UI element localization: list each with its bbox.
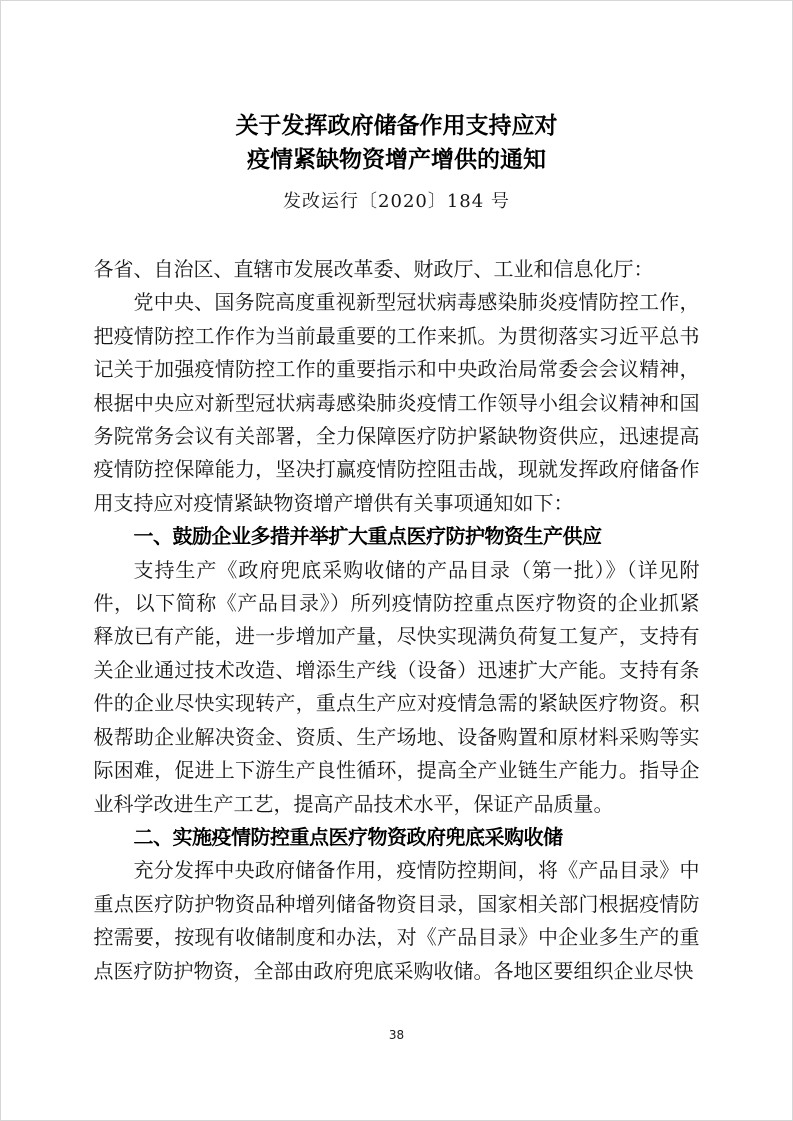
document-title-line-1: 关于发挥政府储备作用支持应对 bbox=[1, 109, 792, 143]
page-number: 38 bbox=[1, 1027, 792, 1043]
section-heading-2: 二、实施疫情防控重点医疗物资政府兜底采购收储 bbox=[94, 821, 700, 854]
document-page: 关于发挥政府储备作用支持应对 疫情紧缺物资增产增供的通知 发改运行〔2020〕1… bbox=[0, 0, 793, 1121]
paragraph-intro: 党中央、国务院高度重视新型冠状病毒感染肺炎疫情防控工作，把疫情防控工作作为当前最… bbox=[94, 286, 700, 520]
paragraph-section-2: 充分发挥中央政府储备作用，疫情防控期间，将《产品目录》中重点医疗防护物资品种增列… bbox=[94, 854, 700, 988]
document-title-block: 关于发挥政府储备作用支持应对 疫情紧缺物资增产增供的通知 发改运行〔2020〕1… bbox=[1, 1, 792, 216]
paragraph-section-1: 支持生产《政府兜底采购收储的产品目录（第一批）》（详见附件，以下简称《产品目录》… bbox=[94, 554, 700, 821]
document-title-line-2: 疫情紧缺物资增产增供的通知 bbox=[1, 143, 792, 177]
section-heading-1: 一、鼓励企业多措并举扩大重点医疗防护物资生产供应 bbox=[94, 520, 700, 553]
salutation: 各省、自治区、直辖市发展改革委、财政厅、工业和信息化厅： bbox=[94, 253, 700, 286]
document-body: 各省、自治区、直辖市发展改革委、财政厅、工业和信息化厅： 党中央、国务院高度重视… bbox=[94, 253, 700, 988]
document-number: 发改运行〔2020〕184 号 bbox=[1, 188, 792, 216]
